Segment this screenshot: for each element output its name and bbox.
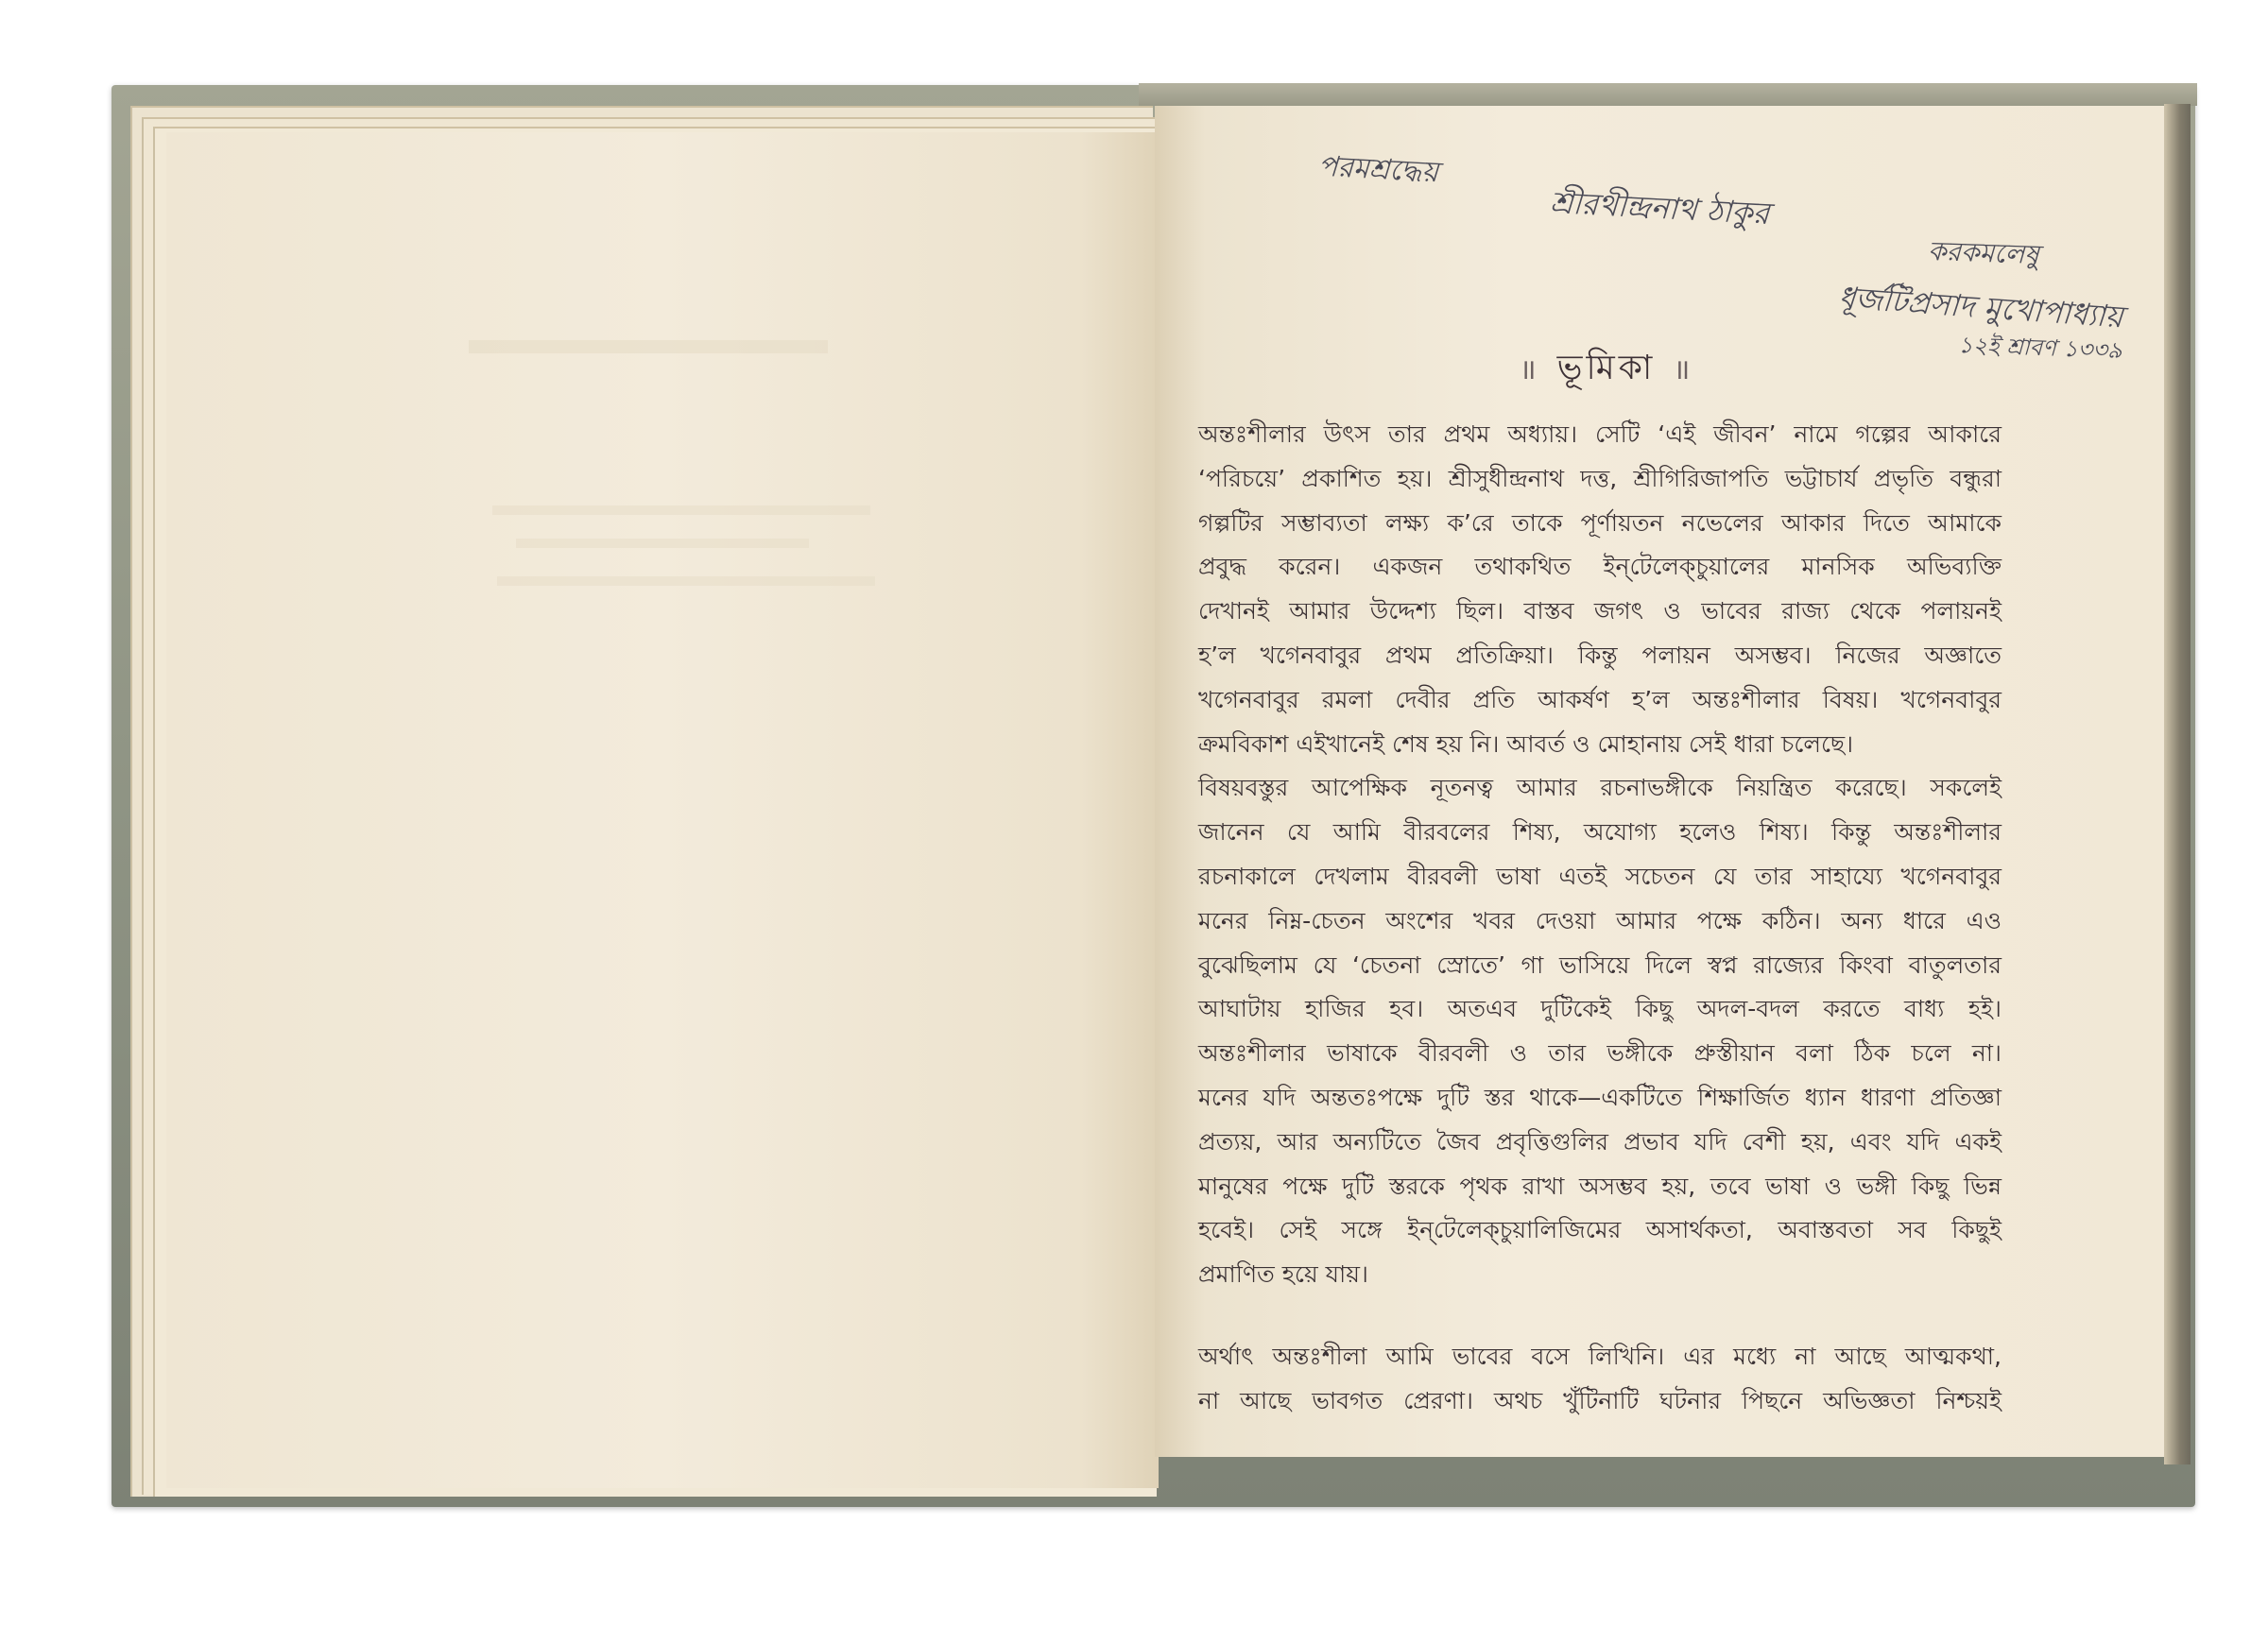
text-line: ‘পরিচয়ে’ প্রকাশিত হয়। শ্রীসুধীন্দ্রনাথ… (1198, 457, 2002, 502)
title-text: ভূমিকা (1557, 349, 1657, 387)
text-line: প্রমাণিত হয়ে যায়। (1198, 1253, 2002, 1297)
text-line: প্রবুদ্ধ করেন। একজন তথাকথিত ইন্‌টেলেক্‌চ… (1198, 545, 2002, 590)
text-line: অন্তঃশীলার উৎস তার প্রথম অধ্যায়। সেটি ‘… (1198, 413, 2002, 457)
text-line: অন্তঃশীলার ভাষাকে বীরবলী ও তার ভঙ্গীকে প… (1198, 1032, 2002, 1076)
bleed-through-text (492, 505, 870, 515)
right-page-edge (2164, 104, 2191, 1464)
page-title: ॥ভূমিকা॥ (1493, 342, 1720, 399)
bleed-through-text (469, 340, 828, 353)
bleed-through-text (516, 539, 809, 548)
text-line: হবেই। সেই সঙ্গে ইন্‌টেলেক্‌চুয়ালিজিমের … (1198, 1208, 2002, 1253)
text-line: বুঝেছিলাম যে ‘চেতনা স্রোতে’ গা ভাসিয়ে দ… (1198, 944, 2002, 988)
text-line: ক্রমবিকাশ এইখানেই শেষ হয় নি। আবর্ত ও মো… (1198, 723, 2002, 767)
text-line: মানুষের পক্ষে দুটি স্তরকে পৃথক রাখা অসম্… (1198, 1165, 2002, 1209)
paragraph: অর্থাৎ অন্তঃশীলা আমি ভাবের বসে লিখিনি। এ… (1198, 1335, 2002, 1424)
paragraph-spacer (1198, 1297, 2002, 1335)
text-line: না আছে ভাবগত প্রেরণা। অথচ খুঁটিনাটি ঘটনা… (1198, 1379, 2002, 1424)
text-line: হ’ল খগেনবাবুর প্রথম প্রতিক্রিয়া। কিন্তু… (1198, 634, 2002, 678)
bleed-through-text (497, 576, 875, 586)
text-line: রচনাকালে দেখলাম বীরবলী ভাষা এতই সচেতন যে… (1198, 855, 2002, 899)
title-ornament-left: ॥ (1520, 353, 1540, 386)
inscription-date: ১২ই শ্রাবণ ১৩৩৯ (1957, 328, 2122, 371)
text-line: মনের যদি অন্ততঃপক্ষে দুটি স্তর থাকে—একটি… (1198, 1076, 2002, 1121)
text-line: খগেনবাবুর রমলা দেবীর প্রতি আকর্ষণ হ’ল অন… (1198, 678, 2002, 723)
text-line: অর্থাৎ অন্তঃশীলা আমি ভাবের বসে লিখিনি। এ… (1198, 1335, 2002, 1379)
book-cover-top-edge (1139, 83, 2197, 106)
text-line: গল্পটির সম্ভাব্যতা লক্ষ্য ক’রে তাকে পূর্… (1198, 502, 2002, 546)
title-ornament-right: ॥ (1673, 353, 1693, 386)
inscription-line: করকমলেষু (1927, 231, 2039, 279)
text-line: আঘাটায় হাজির হব। অতএব দুটিকেই কিছু অদল-… (1198, 987, 2002, 1032)
text-line: মনের নিম্ন-চেতন অংশের খবর দেওয়া আমার পক… (1198, 899, 2002, 944)
inscription-line: পরমশ্রদ্ধেয় (1317, 144, 1440, 198)
text-line: দেখানই আমার উদ্দেশ্য ছিল। বাস্তব জগৎ ও ভ… (1198, 590, 2002, 634)
preface-body: অন্তঃশীলার উৎস তার প্রথম অধ্যায়। সেটি ‘… (1198, 413, 2002, 1424)
text-line: বিষয়বস্তুর আপেক্ষিক নূতনত্ব আমার রচনাভঙ… (1198, 766, 2002, 811)
left-page-blank[interactable] (166, 132, 1159, 1488)
paragraph: অন্তঃশীলার উৎস তার প্রথম অধ্যায়। সেটি ‘… (1198, 413, 2002, 1297)
text-line: জানেন যে আমি বীরবলের শিষ্য, অযোগ্য হলেও … (1198, 811, 2002, 855)
text-line: প্রত্যয়, আর অন্যটিতে জৈব প্রবৃত্তিগুলির… (1198, 1121, 2002, 1165)
